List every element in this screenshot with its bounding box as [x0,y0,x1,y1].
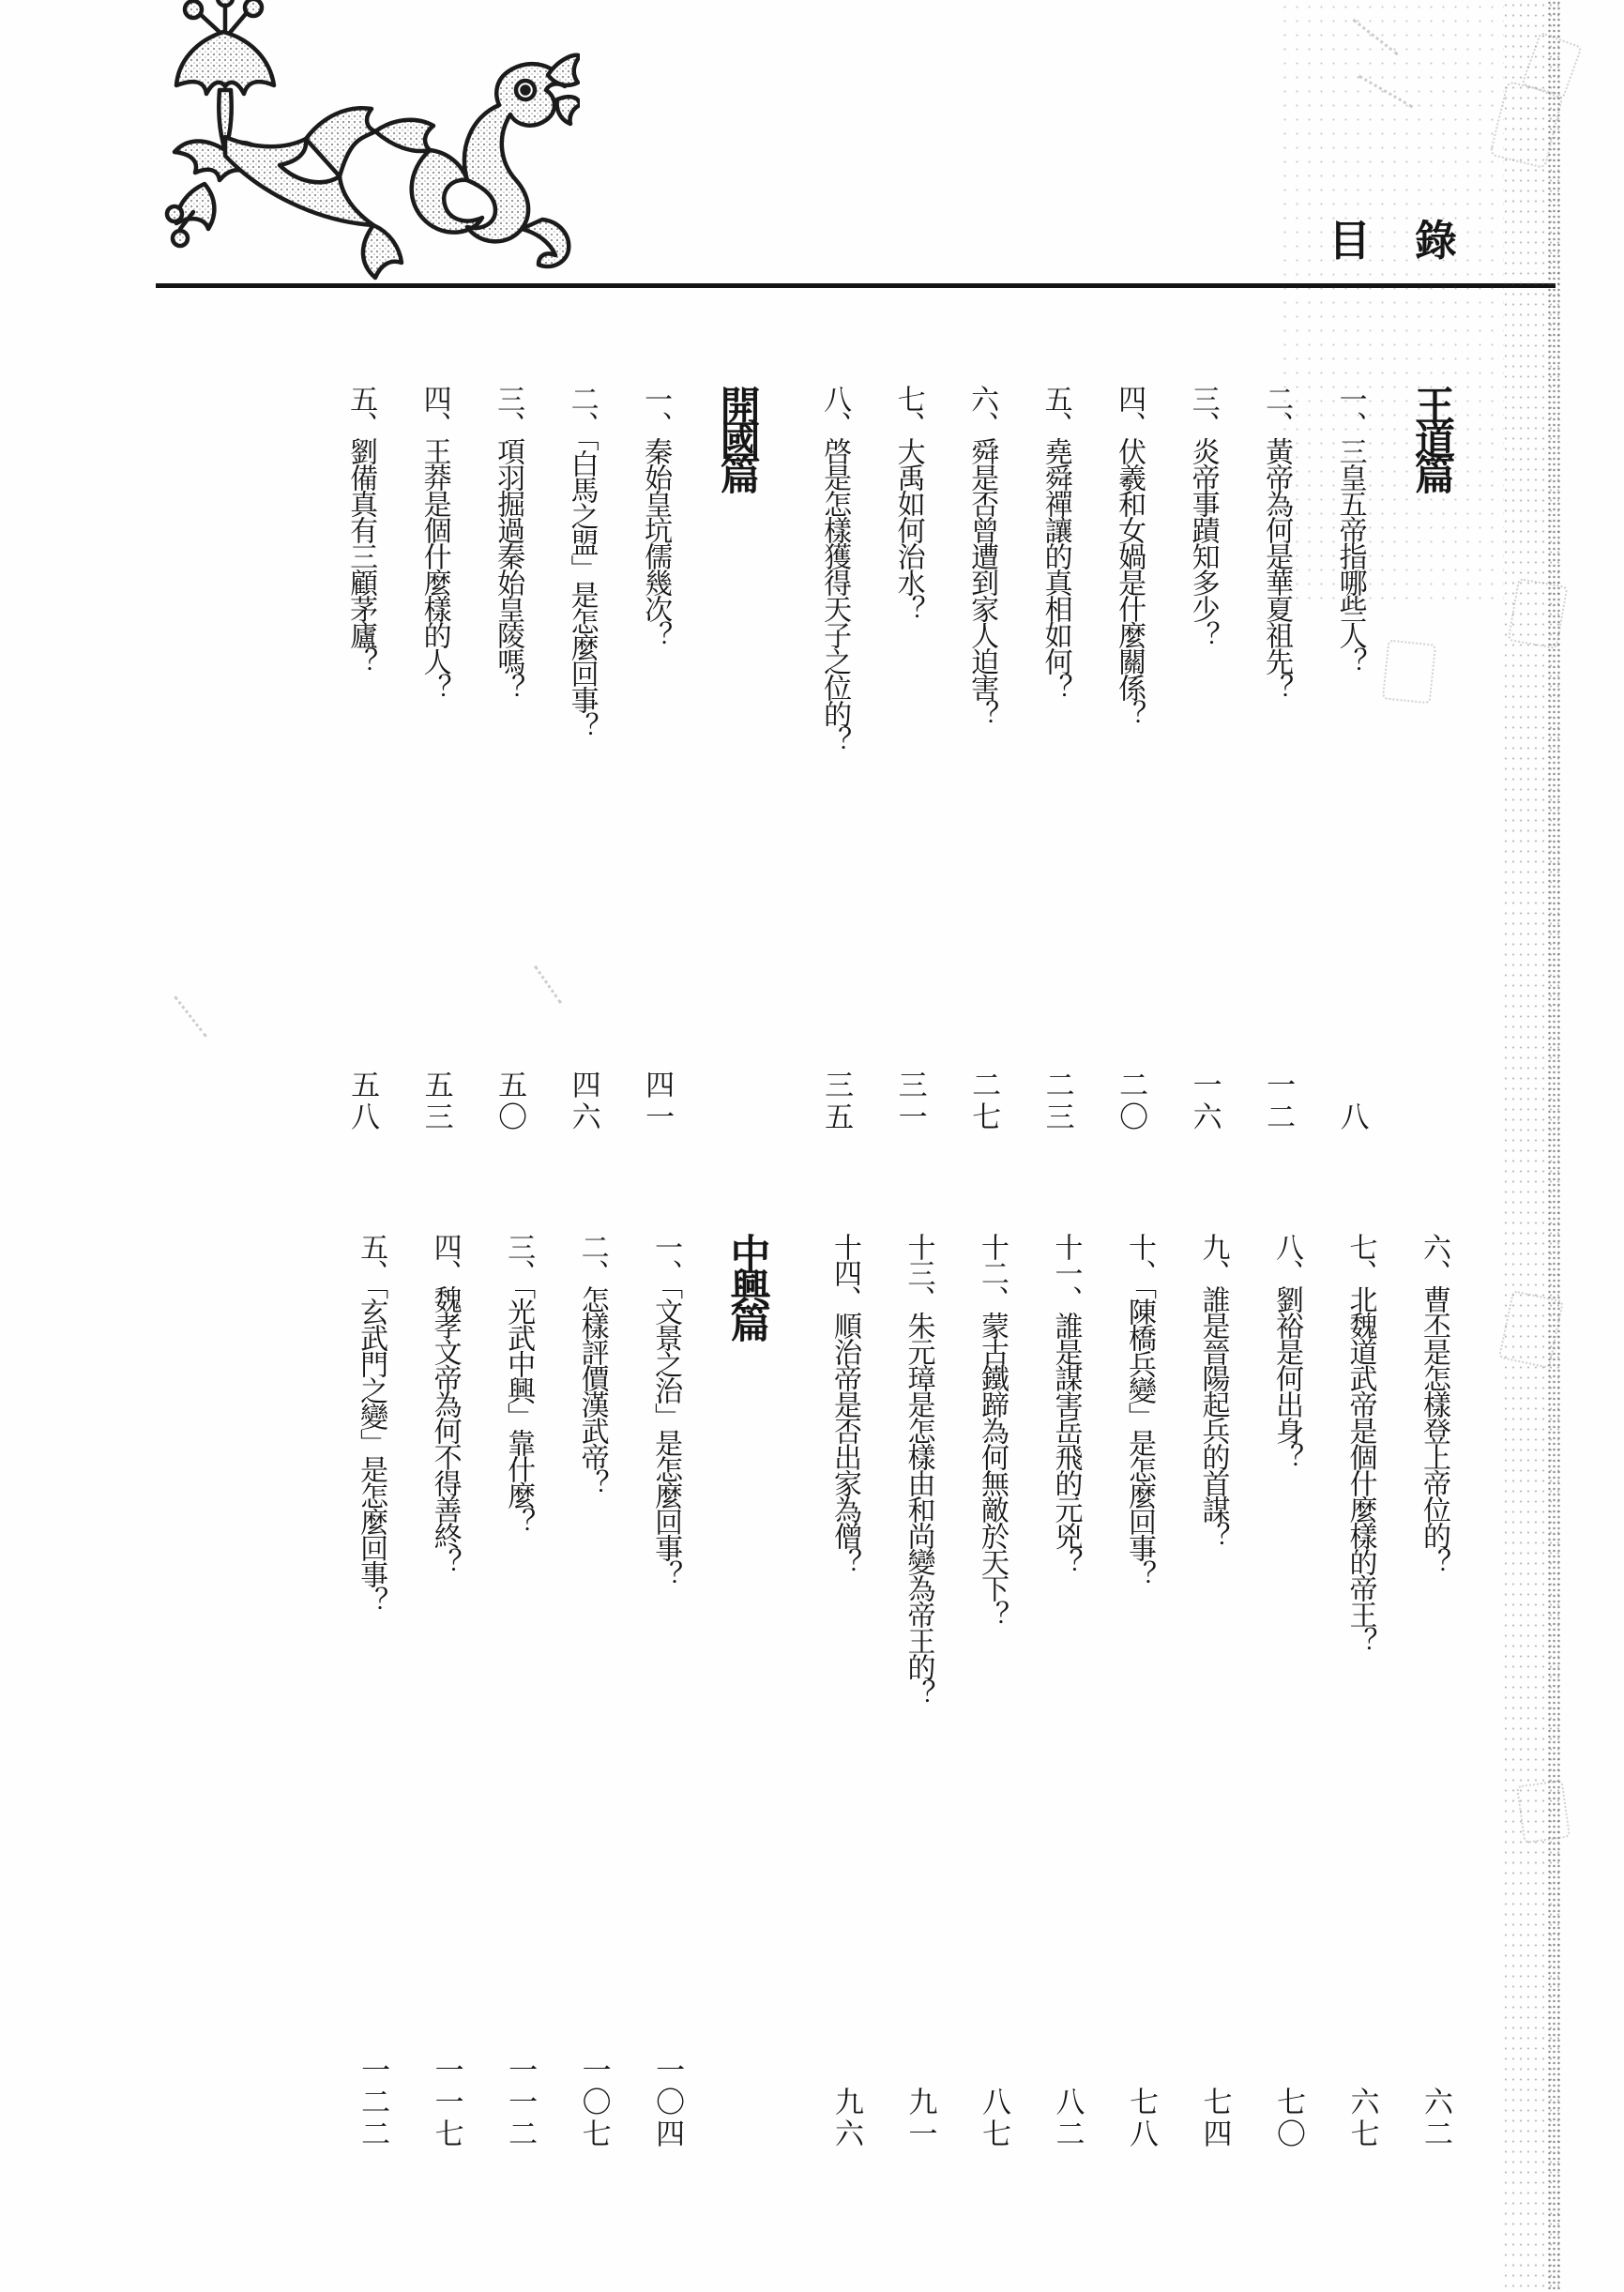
scan-noise-edge-line [1547,0,1560,2292]
entry-title: 五、堯舜禪讓的真相如何？ [1038,385,1073,700]
ghost-stroke [1352,19,1398,55]
toc-entry: 一、秦始皇坑儒幾次？四一 [638,385,674,1133]
toc-entry: 五、劉備真有三顧茅廬？五八 [343,385,379,1133]
entry-title: 九、誰是晉陽起兵的首謀？ [1195,1233,1231,1548]
header-rule [156,283,1556,288]
toc-entry: 二、怎樣評價漢武帝？一〇七 [574,1233,610,2150]
entry-title: 七、北魏道武帝是個什麼樣的帝王？ [1343,1233,1378,1653]
toc-entry: 四、伏羲和女媧是什麼關係？二〇 [1112,385,1147,1133]
toc-entry: 四、王莽是個什麼樣的人？五三 [417,385,452,1133]
toc-entry: 八、劉裕是何出身？七〇 [1269,1233,1305,2150]
entry-title: 二、黃帝為何是華夏祖先？ [1259,385,1295,700]
ghost-artifact [1498,1290,1564,1369]
section-title: 中興篇 [725,1233,768,1337]
toc-entry: 五、堯舜禪讓的真相如何？二三 [1038,385,1073,1133]
toc-entry: 七、大禹如何治水？三一 [890,385,926,1133]
entry-page-number: 八 [1332,1101,1368,1133]
floral-phoenix-ornament [139,0,580,282]
entry-page-number: 三一 [890,1070,926,1133]
entry-page-number: 一二二 [354,2055,389,2150]
toc-entry: 三、項羽掘過秦始皇陵嗎？五〇 [491,385,526,1133]
entry-page-number: 八二 [1048,2087,1084,2150]
entry-page-number: 二七 [964,1070,1000,1133]
entry-title: 十、「陳橋兵變」是怎麼回事？ [1122,1233,1158,1586]
ghost-stroke [1358,75,1414,109]
page-title: 目 錄 [1328,218,1458,265]
toc-entry: 三、炎帝事蹟知多少？一六 [1185,385,1221,1133]
entry-page-number: 一六 [1185,1070,1221,1133]
entry-title: 一、秦始皇坑儒幾次？ [638,385,674,647]
entry-title: 十二、蒙古鐵蹄為何無敵於天下？ [975,1233,1010,1627]
entry-page-number: 四六 [564,1070,600,1133]
ghost-stroke [174,995,207,1037]
ghost-artifact [1521,32,1583,100]
entry-title: 八、劉裕是何出身？ [1269,1233,1305,1469]
entry-title: 四、魏孝文帝為何不得善終？ [427,1233,463,1574]
entry-title: 二、「白馬之盟」是怎麼回事？ [564,385,600,738]
entry-page-number: 四一 [638,1070,674,1133]
entry-page-number: 一一二 [501,2055,537,2150]
entry-page-number: 八七 [975,2087,1010,2150]
ghost-artifact [1516,1780,1571,1844]
toc-entry: 一、三皇五帝指哪些人？八 [1332,385,1368,1133]
entry-page-number: 一〇四 [648,2055,684,2150]
entry-title: 六、曹丕是怎樣登上帝位的？ [1417,1233,1452,1574]
entry-title: 四、伏羲和女媧是什麼關係？ [1112,385,1147,726]
toc-entry: 八、啓是怎樣獲得天子之位的？三五 [817,385,853,1133]
entry-title: 六、舜是否曾遭到家人迫害？ [964,385,1000,726]
entry-title: 一、三皇五帝指哪些人？ [1332,385,1368,674]
entry-page-number: 五〇 [491,1070,526,1133]
entry-title: 十三、朱元璋是怎樣由和尚變為帝王的？ [901,1233,936,1706]
entry-page-number: 二三 [1038,1070,1073,1133]
toc-entry: 十二、蒙古鐵蹄為何無敵於天下？八七 [975,1233,1010,2150]
toc-entry: 五、「玄武門之變」是怎麼回事？一二二 [354,1233,389,2150]
toc-entry: 三、「光武中興」靠什麼？一一二 [501,1233,537,2150]
entry-title: 十一、誰是謀害岳飛的元兇？ [1048,1233,1084,1574]
scan-noise-band [1502,0,1564,2292]
entry-title: 十四、順治帝是否出家為僧？ [827,1233,863,1574]
toc-block-bottom: 六、曹丕是怎樣登上帝位的？六二七、北魏道武帝是個什麼樣的帝王？六七八、劉裕是何出… [315,1233,1451,2150]
toc-entry: 十、「陳橋兵變」是怎麼回事？七八 [1122,1233,1158,2150]
entry-title: 五、劉備真有三顧茅廬？ [343,385,379,674]
entry-title: 七、大禹如何治水？ [890,385,926,621]
toc-block-top: 王道篇一、三皇五帝指哪些人？八二、黃帝為何是華夏祖先？一二三、炎帝事蹟知多少？一… [305,385,1453,1133]
entry-page-number: 二〇 [1112,1070,1147,1133]
entry-page-number: 六七 [1343,2087,1378,2150]
section-title: 開國篇 [715,385,758,489]
toc-entry: 六、舜是否曾遭到家人迫害？二七 [964,385,1000,1133]
section-heading: 開國篇 [715,385,758,1133]
entry-page-number: 七〇 [1269,2087,1305,2150]
toc-entry: 七、北魏道武帝是個什麼樣的帝王？六七 [1343,1233,1378,2150]
section-heading: 王道篇 [1410,385,1453,1133]
entry-page-number: 九一 [901,2087,936,2150]
entry-page-number: 三五 [817,1070,853,1133]
ghost-artifact [1508,578,1569,649]
entry-page-number: 一一七 [427,2055,463,2150]
entry-title: 四、王莽是個什麼樣的人？ [417,385,452,700]
entry-title: 八、啓是怎樣獲得天子之位的？ [817,385,853,752]
ghost-artifact [1489,81,1564,170]
toc-entry: 六、曹丕是怎樣登上帝位的？六二 [1417,1233,1452,2150]
entry-title: 五、「玄武門之變」是怎麼回事？ [354,1233,389,1613]
entry-page-number: 九六 [827,2087,863,2150]
entry-title: 三、炎帝事蹟知多少？ [1185,385,1221,647]
entry-title: 二、怎樣評價漢武帝？ [574,1233,610,1495]
entry-title: 一、「文景之治」是怎麼回事？ [648,1233,684,1586]
toc-entry: 九、誰是晉陽起兵的首謀？七四 [1195,1233,1231,2150]
entry-title: 三、項羽掘過秦始皇陵嗎？ [491,385,526,700]
scanned-book-page: 目 錄 王道篇一、三皇五帝指哪些人？八二、黃帝為何是華夏祖先？一二三、炎帝事蹟知… [0,0,1624,2292]
section-title: 王道篇 [1410,385,1453,489]
entry-page-number: 五八 [343,1070,379,1133]
entry-page-number: 六二 [1417,2087,1452,2150]
entry-title: 三、「光武中興」靠什麼？ [501,1233,537,1534]
toc-entry: 四、魏孝文帝為何不得善終？一一七 [427,1233,463,2150]
toc-entry: 十三、朱元璋是怎樣由和尚變為帝王的？九一 [901,1233,936,2150]
toc-entry: 一、「文景之治」是怎麼回事？一〇四 [648,1233,684,2150]
toc-entry: 十一、誰是謀害岳飛的元兇？八二 [1048,1233,1084,2150]
toc-entry: 二、「白馬之盟」是怎麼回事？四六 [564,385,600,1133]
entry-page-number: 七八 [1122,2087,1158,2150]
toc-entry: 十四、順治帝是否出家為僧？九六 [827,1233,863,2150]
entry-page-number: 五三 [417,1070,452,1133]
entry-page-number: 一〇七 [574,2055,610,2150]
entry-page-number: 七四 [1195,2087,1231,2150]
entry-page-number: 一二 [1259,1070,1295,1133]
toc-entry: 二、黃帝為何是華夏祖先？一二 [1259,385,1295,1133]
section-heading: 中興篇 [725,1233,768,2150]
